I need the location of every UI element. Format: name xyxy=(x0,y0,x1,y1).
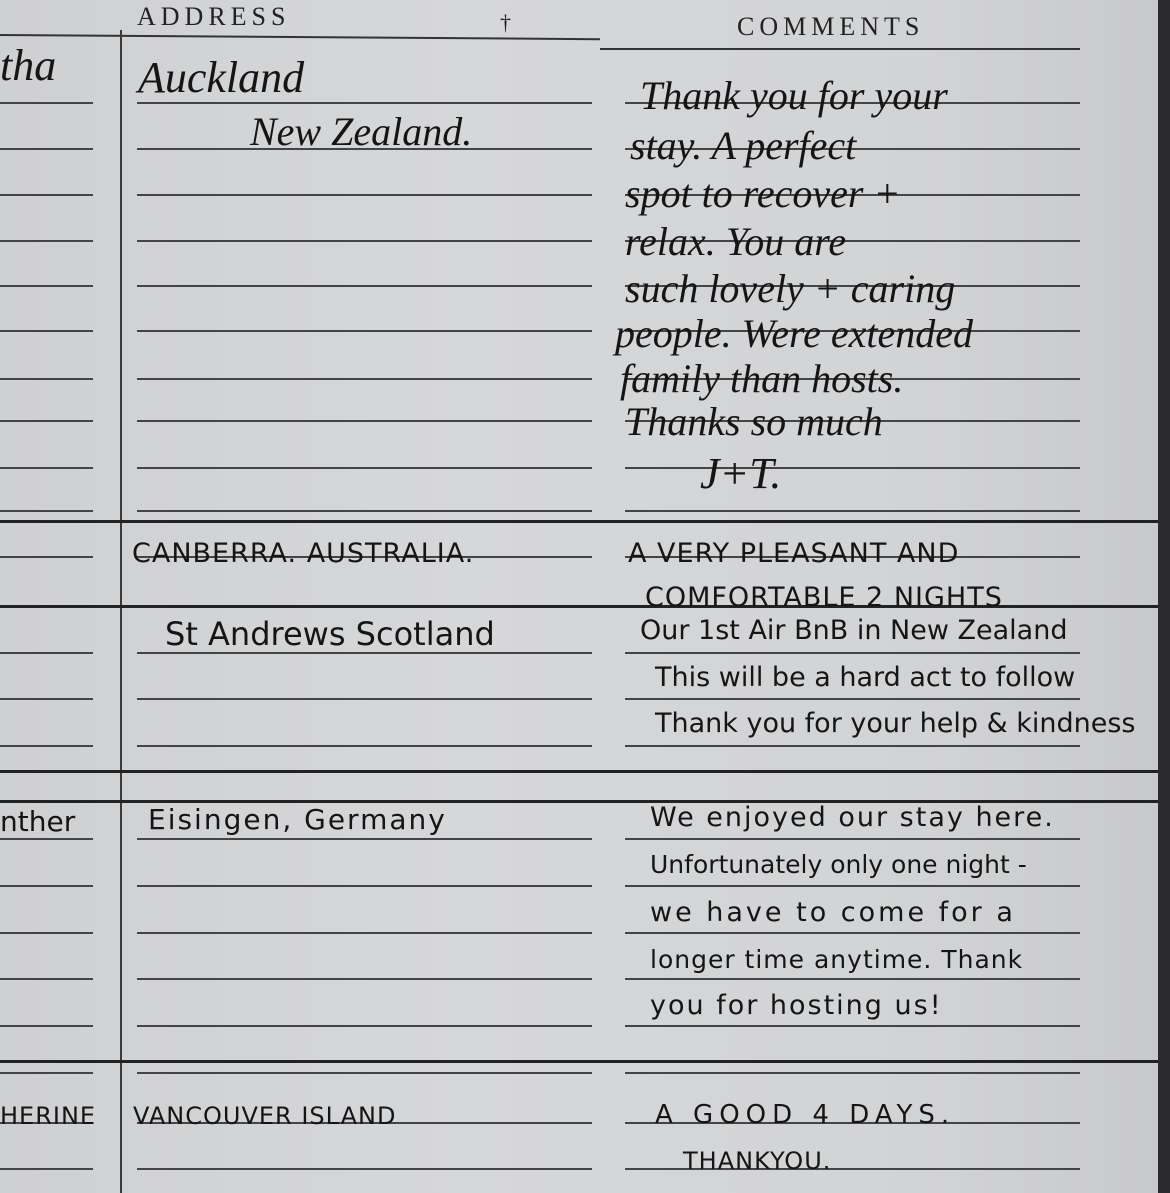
guest-name: tha xyxy=(0,40,56,91)
ruled-line xyxy=(0,770,1158,773)
comment-line: people. Were extended xyxy=(615,310,973,357)
ruled-line xyxy=(625,1072,1080,1074)
header-rule xyxy=(600,48,1080,50)
ruled-line xyxy=(625,932,1080,934)
address-line: New Zealand. xyxy=(250,108,472,155)
ruled-line xyxy=(0,467,93,469)
ruled-line xyxy=(0,194,93,196)
ruled-line xyxy=(137,285,592,287)
ruled-line xyxy=(625,885,1080,887)
ruled-line xyxy=(0,978,93,980)
ruled-line xyxy=(625,698,1080,700)
comment-line: Unfortunately only one night - xyxy=(650,850,1027,879)
ruled-line xyxy=(0,556,93,558)
comment-line: Our 1st Air BnB in New Zealand xyxy=(640,615,1067,646)
ruled-line xyxy=(0,1072,93,1074)
ruled-line xyxy=(625,510,1080,512)
ruled-line xyxy=(0,148,93,150)
comment-line: such lovely + caring xyxy=(625,265,955,312)
ruled-line xyxy=(137,1025,592,1027)
address-line: CANBERRA. AUSTRALIA. xyxy=(132,538,474,569)
ruled-line xyxy=(0,102,93,104)
guest-name: HERINE xyxy=(0,1102,96,1130)
ruled-line xyxy=(137,420,592,422)
ruled-line xyxy=(137,978,592,980)
ruled-line xyxy=(0,698,93,700)
ruled-line xyxy=(0,745,93,747)
ruled-line xyxy=(625,652,1080,654)
ruled-line xyxy=(625,1025,1080,1027)
ruled-line xyxy=(0,1025,93,1027)
ruled-line xyxy=(0,932,93,934)
ruled-line xyxy=(625,745,1080,747)
ruled-line xyxy=(0,1168,93,1170)
ruled-line xyxy=(0,652,93,654)
ruled-line xyxy=(137,510,592,512)
ruled-line xyxy=(625,838,1080,840)
comment-line: Thank you for your xyxy=(640,72,948,119)
address-column-header: ADDRESS xyxy=(137,2,290,32)
ruled-line xyxy=(0,420,93,422)
ruled-line xyxy=(137,885,592,887)
guest-name: nther xyxy=(0,805,75,838)
comment-line: A GOOD 4 DAYS. xyxy=(655,1100,955,1130)
ruled-line xyxy=(137,745,592,747)
ruled-line xyxy=(137,378,592,380)
ruled-line xyxy=(0,378,93,380)
ruled-line xyxy=(0,330,93,332)
comment-line: THANKYOU. xyxy=(683,1147,831,1175)
comment-signature: J+T. xyxy=(700,448,781,499)
book-edge xyxy=(1158,0,1170,1193)
comment-line: This will be a hard act to follow xyxy=(655,662,1075,693)
ruled-line xyxy=(137,330,592,332)
ruled-line xyxy=(0,240,93,242)
comment-line: you for hosting us! xyxy=(650,990,943,1021)
ruled-line xyxy=(137,698,592,700)
address-line: Eisingen, Germany xyxy=(148,803,447,836)
comment-line: A VERY PLEASANT AND xyxy=(628,538,959,569)
comment-line: spot to recover + xyxy=(625,170,900,217)
ruled-line xyxy=(137,838,592,840)
ruled-line xyxy=(625,467,1080,469)
ruled-line xyxy=(0,1060,1158,1063)
comment-line: Thank you for your help & kindness xyxy=(655,708,1136,739)
ruled-line xyxy=(0,838,93,840)
comment-line: stay. A perfect xyxy=(630,122,856,169)
ruled-line xyxy=(625,978,1080,980)
ruled-line xyxy=(137,1168,592,1170)
address-line: VANCOUVER ISLAND xyxy=(133,1102,396,1130)
ruled-line xyxy=(137,467,592,469)
ruled-line xyxy=(137,1072,592,1074)
comment-line: Thanks so much xyxy=(625,398,883,445)
comment-line: longer time anytime. Thank xyxy=(650,945,1023,974)
comment-line: relax. You are xyxy=(625,218,846,265)
column-divider xyxy=(120,30,122,1193)
comments-column-header: COMMENTS xyxy=(737,12,924,42)
ruled-line xyxy=(0,885,93,887)
handwritten-mark: † xyxy=(500,10,511,36)
guestbook-page: ADDRESS † COMMENTS tha Auckland New Zeal… xyxy=(0,0,1158,1193)
ruled-line xyxy=(137,932,592,934)
comment-line: we have to come for a xyxy=(650,897,1016,928)
ruled-line xyxy=(137,194,592,196)
comment-line: COMFORTABLE 2 NIGHTS xyxy=(645,582,1003,613)
comment-line: We enjoyed our stay here. xyxy=(650,802,1055,833)
ruled-line xyxy=(0,510,93,512)
address-line: Auckland xyxy=(138,52,304,103)
comment-line: family than hosts. xyxy=(620,355,903,402)
ruled-line xyxy=(0,520,1158,523)
ruled-line xyxy=(137,240,592,242)
ruled-line xyxy=(0,285,93,287)
address-line: St Andrews Scotland xyxy=(165,615,495,653)
